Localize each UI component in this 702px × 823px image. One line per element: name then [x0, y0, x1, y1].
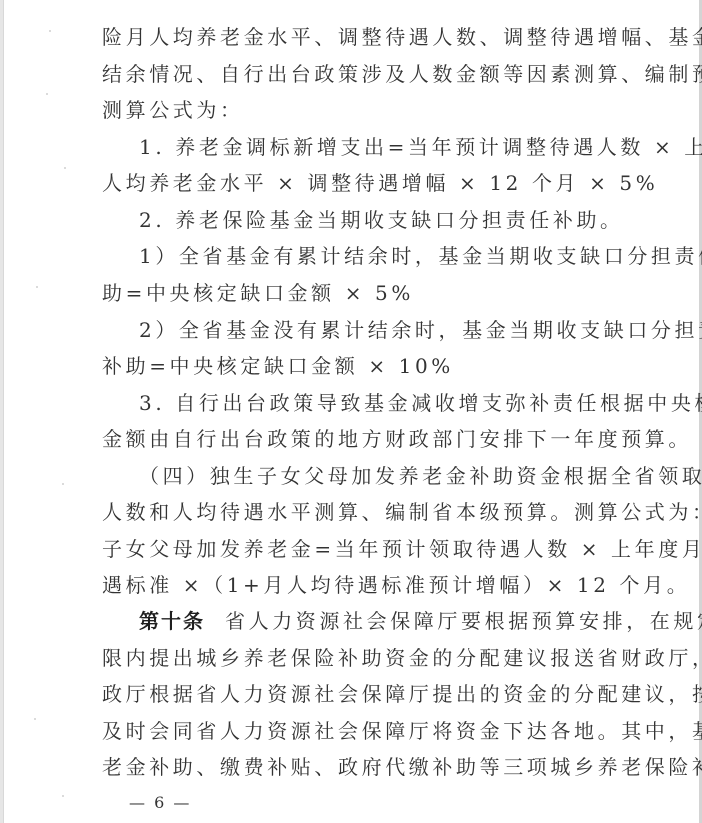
scan-speck	[34, 718, 36, 720]
item-2-heading: 2. 养老保险基金当期收支缺口分担责任补助。	[139, 205, 622, 235]
text-line: 遇标准 ×（1+月人均待遇标准预计增幅）× 12 个月。	[102, 570, 622, 600]
text-line: 险月人均养老金水平、调整待遇人数、调整待遇增幅、基金收支	[102, 22, 622, 52]
subitem-2-line: 2）全省基金没有累计结余时，基金当期收支缺口分担责任	[139, 315, 622, 345]
scan-speck	[36, 286, 38, 288]
text-line: 金额由自行出台政策的地方财政部门安排下一年度预算。	[102, 424, 622, 454]
item-3-line: 3. 自行出台政策导致基金减收增支弥补责任根据中央核定	[139, 388, 622, 418]
text-line: 限内提出城乡养老保险补助资金的分配建议报送省财政厅，省财	[102, 643, 622, 673]
text-line: 结余情况、自行出台政策涉及人数金额等因素测算、编制预算。	[102, 59, 622, 89]
article-heading: 第十条	[139, 609, 205, 633]
text-line: 助=中央核定缺口金额 × 5%	[102, 278, 622, 308]
scan-speck	[62, 795, 64, 797]
scan-speck	[64, 167, 66, 169]
article-text: 省人力资源社会保障厅要根据预算安排，在规定时	[225, 609, 702, 633]
text-line: 及时会同省人力资源社会保障厅将资金下达各地。其中，基础养	[102, 716, 622, 746]
scan-speck	[46, 93, 48, 95]
document-page: 险月人均养老金水平、调整待遇人数、调整待遇增幅、基金收支 结余情况、自行出台政策…	[3, 0, 702, 823]
text-line: 补助=中央核定缺口金额 × 10%	[102, 351, 622, 381]
page-number: — 6 —	[129, 792, 191, 814]
text-line: 老金补助、缴费补贴、政府代缴补助等三项城乡养老保险补助资	[102, 752, 622, 782]
subitem-1-line: 1）全省基金有累计结余时，基金当期收支缺口分担责任补	[139, 241, 622, 271]
scan-speck	[62, 483, 64, 485]
scan-speck	[49, 30, 51, 32]
text-line: 政厅根据省人力资源社会保障厅提出的资金的分配建议，按规定	[102, 679, 622, 709]
article-10-line: 第十条省人力资源社会保障厅要根据预算安排，在规定时	[139, 606, 622, 636]
text-line: 测算公式为：	[102, 95, 622, 125]
formula-1-line: 1. 养老金调标新增支出=当年预计调整待遇人数 × 上年度月	[139, 132, 622, 162]
text-line: 子女父母加发养老金=当年预计领取待遇人数 × 上年度月人均待	[102, 534, 622, 564]
section-4-line: （四）独生子女父母加发养老金补助资金根据全省领取待遇	[139, 461, 622, 491]
text-line: 人数和人均待遇水平测算、编制省本级预算。测算公式为：独生	[102, 497, 622, 527]
text-line: 人均养老金水平 × 调整待遇增幅 × 12 个月 × 5%	[102, 168, 622, 198]
